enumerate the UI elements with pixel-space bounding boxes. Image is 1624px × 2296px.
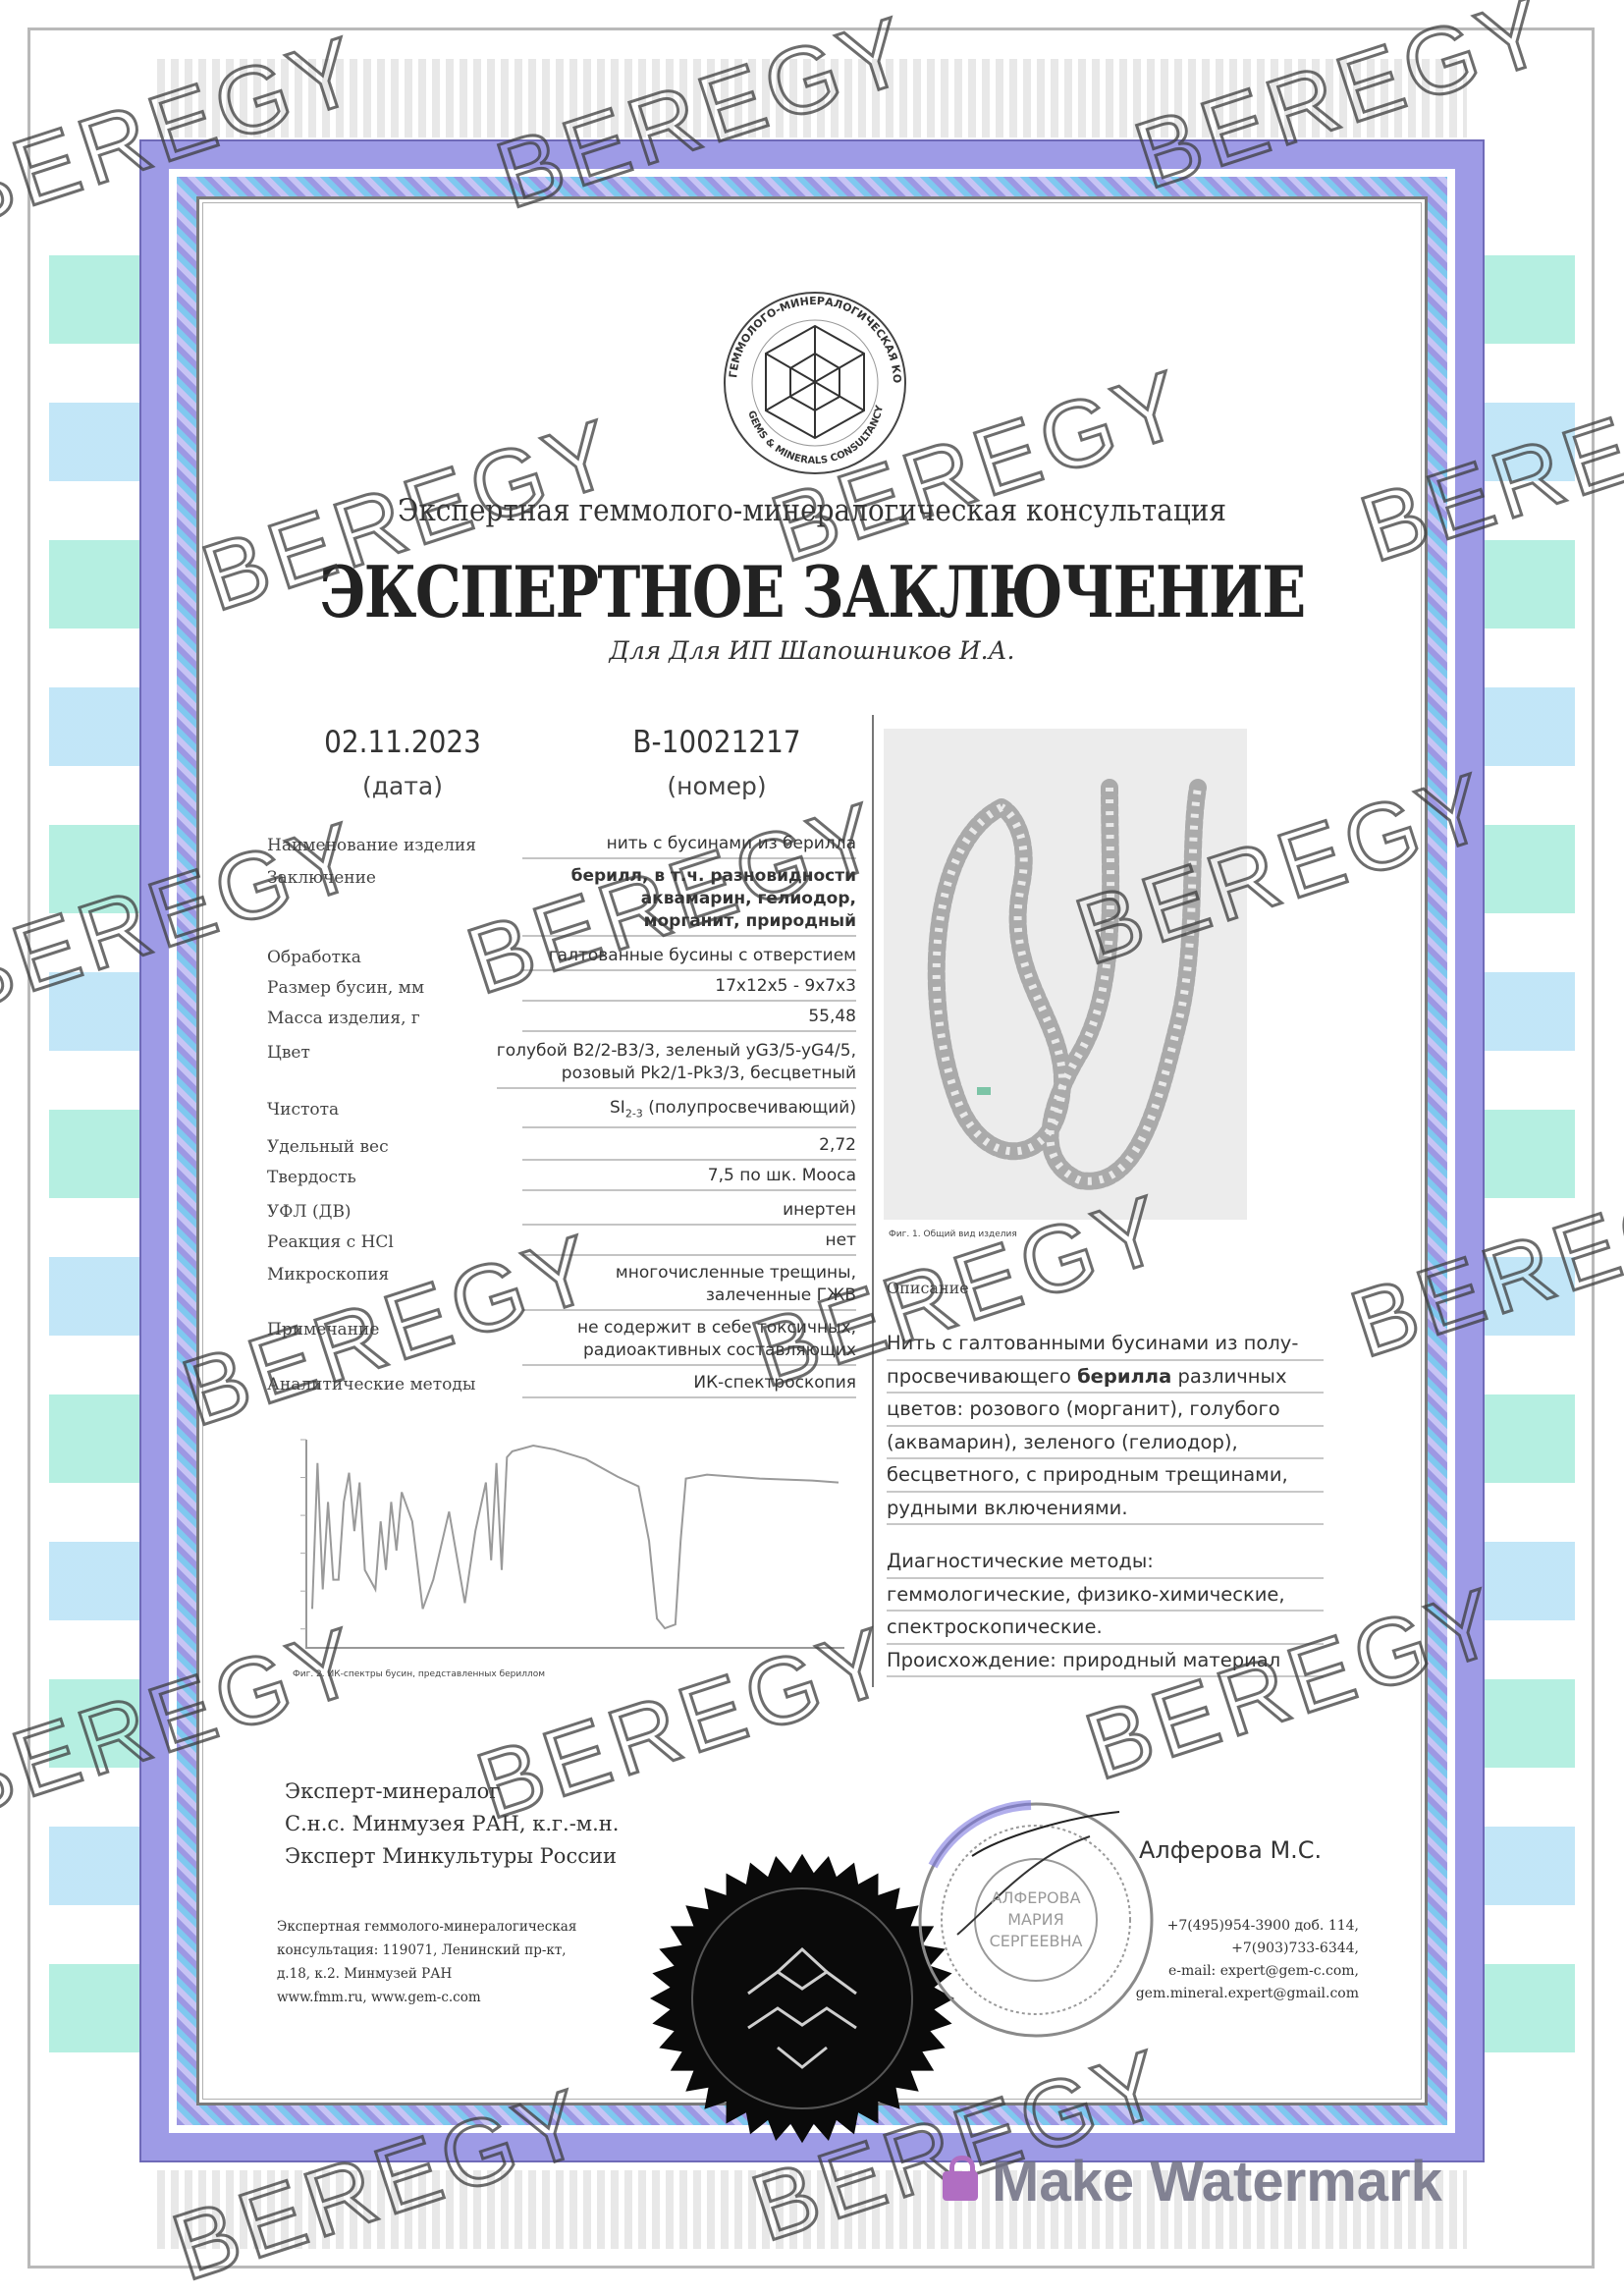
- property-label: Твердость: [267, 1165, 356, 1187]
- property-label: УФЛ (ДВ): [267, 1199, 352, 1222]
- property-value-line: галтованные бусины с отверстием: [522, 945, 856, 967]
- property-value-line: радиоактивных составляющих: [522, 1339, 856, 1362]
- organization-address: Экспертная геммолого-минералогическаякон…: [277, 1915, 576, 2009]
- property-value: многочисленные трещины,залеченные ГЖВ: [522, 1262, 856, 1311]
- property-row: Заключениеберилл, в т.ч. разновидностиак…: [267, 865, 856, 937]
- stamp-line-3: СЕРГЕЕВНА: [990, 1932, 1083, 1950]
- description-line: (аквамарин), зеленого (гелиодор),: [887, 1427, 1324, 1460]
- credential-line: Эксперт Минкультуры России: [285, 1840, 619, 1873]
- diagnostic-line: геммологические, физико-химические,: [887, 1579, 1324, 1613]
- svg-text:ГЕММОЛОГО-МИНЕРАЛОГИЧЕСКАЯ КОН: ГЕММОЛОГО-МИНЕРАЛОГИЧЕСКАЯ КОНСУЛЬТАЦИЯ: [699, 287, 903, 384]
- property-row: Масса изделия, г55,48: [267, 1006, 856, 1032]
- property-row: Реакция с HClнет: [267, 1230, 856, 1256]
- property-value: ИК-спектроскопия: [522, 1372, 856, 1398]
- diagnostic-line: Диагностические методы:: [887, 1546, 1324, 1579]
- lock-icon: [943, 2171, 978, 2201]
- property-label: Реакция с HCl: [267, 1230, 394, 1252]
- property-value: 2,72: [522, 1134, 856, 1161]
- property-value-line: не содержит в себе токсичных,: [522, 1317, 856, 1339]
- property-value: голубой B2/2-B3/3, зеленый yG3/5-yG4/5,р…: [497, 1040, 856, 1089]
- organization-name: Экспертная геммолого-минералогическая ко…: [81, 493, 1543, 528]
- property-value-line: голубой B2/2-B3/3, зеленый yG3/5-yG4/5,: [497, 1040, 856, 1063]
- property-value-line: нить с бусинами из берилла: [522, 833, 856, 855]
- stamp-line-2: МАРИЯ: [1007, 1910, 1063, 1929]
- property-value-line: 7,5 по шк. Мооса: [522, 1165, 856, 1187]
- description-line: Нить с галтованными бусинами из полу-: [887, 1328, 1324, 1361]
- address-line: www.fmm.ru, www.gem-c.com: [277, 1986, 576, 2009]
- property-label: Размер бусин, мм: [267, 975, 424, 998]
- property-row: Наименование изделиянить с бусинами из б…: [267, 833, 856, 859]
- property-row: Микроскопиямногочисленные трещины,залече…: [267, 1262, 856, 1311]
- property-value-line: инертен: [522, 1199, 856, 1222]
- property-value-line: 55,48: [522, 1006, 856, 1028]
- logo-ring-text-ru: ГЕММОЛОГО-МИНЕРАЛОГИЧЕСКАЯ КОНСУЛЬТАЦИЯ: [699, 287, 903, 384]
- diagnostic-methods: Диагностические методы:геммологические, …: [887, 1546, 1324, 1677]
- guilloche-band-top: [157, 59, 1467, 137]
- contact-line: +7(495)954-3900 доб. 114,: [1136, 1915, 1359, 1938]
- product-photo: [884, 729, 1247, 1220]
- property-row: Удельный вес2,72: [267, 1134, 856, 1161]
- property-value-line: многочисленные трещины,: [522, 1262, 856, 1285]
- contact-line: +7(903)733-6344,: [1136, 1938, 1359, 1960]
- property-label: Масса изделия, г: [267, 1006, 420, 1028]
- description-line: рудными включениями.: [887, 1493, 1324, 1526]
- certificate-date-label: (дата): [295, 772, 511, 800]
- address-line: консультация: 119071, Ленинский пр-кт,: [277, 1939, 576, 1962]
- description-heading: Описание: [887, 1279, 969, 1297]
- stamp-line-1: АЛФЕРОВА: [991, 1888, 1080, 1907]
- certificate-number-label: (номер): [589, 772, 844, 800]
- property-label: Чистота: [267, 1097, 339, 1120]
- property-value-line: 17x12x5 - 9x7x3: [522, 975, 856, 998]
- figure-1-caption: Фиг. 1. Общий вид изделия: [889, 1230, 1017, 1239]
- property-label: Обработка: [267, 945, 361, 967]
- description-text: Нить с галтованными бусинами из полу-про…: [887, 1328, 1324, 1525]
- description-line: бесцветного, с природным трещинами,: [887, 1459, 1324, 1493]
- property-label: Примечание: [267, 1317, 379, 1339]
- property-row: Аналитические методыИК-спектроскопия: [267, 1372, 856, 1398]
- property-value: берилл, в т.ч. разновидностиаквамарин, г…: [522, 865, 856, 937]
- property-label: Цвет: [267, 1040, 310, 1063]
- property-value: инертен: [522, 1199, 856, 1226]
- document-title: ЭКСПЕРТНОЕ ЗАКЛЮЧЕНИЕ: [146, 550, 1478, 633]
- expert-name: Алферова М.С.: [1139, 1836, 1322, 1864]
- property-value-line: 2,72: [522, 1134, 856, 1157]
- contact-line: e-mail: expert@gem-c.com,: [1136, 1960, 1359, 1983]
- property-label: Микроскопия: [267, 1262, 389, 1285]
- property-value-line: розовый Pk2/1-Pk3/3, бесцветный: [497, 1063, 856, 1085]
- property-value-line: морганит, природный: [522, 910, 856, 933]
- snowflake-icon: [766, 326, 864, 438]
- diagnostic-line: Происхождение: природный материал: [887, 1645, 1324, 1678]
- properties-table: Наименование изделиянить с бусинами из б…: [267, 833, 856, 1398]
- property-label: Удельный вес: [267, 1134, 389, 1157]
- property-row: Цветголубой B2/2-B3/3, зеленый yG3/5-yG4…: [267, 1040, 856, 1089]
- property-row: УФЛ (ДВ)инертен: [267, 1199, 856, 1226]
- property-value: нить с бусинами из берилла: [522, 833, 856, 859]
- gems-minerals-consultancy-logo: ГЕММОЛОГО-МИНЕРАЛОГИЧЕСКАЯ КОНСУЛЬТАЦИЯ …: [699, 287, 931, 479]
- property-value: не содержит в себе токсичных,радиоактивн…: [522, 1317, 856, 1366]
- property-label: Аналитические методы: [267, 1372, 475, 1394]
- property-value-line: нет: [522, 1230, 856, 1252]
- property-value-line: ИК-спектроскопия: [522, 1372, 856, 1394]
- property-row: Твердость7,5 по шк. Мооса: [267, 1165, 856, 1191]
- credential-line: С.н.с. Минмузея РАН, к.г.-м.н.: [285, 1808, 619, 1840]
- column-divider: [872, 715, 874, 1687]
- address-line: Экспертная геммолого-минералогическая: [277, 1915, 576, 1939]
- property-value: 7,5 по шк. Мооса: [522, 1165, 856, 1191]
- contact-info: +7(495)954-3900 доб. 114,+7(903)733-6344…: [1136, 1915, 1359, 2005]
- property-row: ЧистотаSI2-3 (полупросвечивающий): [267, 1097, 856, 1128]
- description-line: просвечивающего берилла различных: [887, 1361, 1324, 1394]
- expert-stamp: АЛФЕРОВА МАРИЯ СЕРГЕЕВНА: [913, 1797, 1159, 2043]
- property-row: Размер бусин, мм17x12x5 - 9x7x3: [267, 975, 856, 1002]
- recipient: Для Для ИП Шапошников И.А.: [0, 636, 1624, 665]
- certificate-date: 02.11.2023: [305, 725, 500, 760]
- ir-spectrum-chart: [285, 1432, 854, 1667]
- property-value: галтованные бусины с отверстием: [522, 945, 856, 971]
- expert-credentials: Эксперт-минералогС.н.с. Минмузея РАН, к.…: [285, 1776, 619, 1873]
- diagnostic-line: спектроскопические.: [887, 1612, 1324, 1645]
- property-value-line: берилл, в т.ч. разновидности: [522, 865, 856, 888]
- contact-line: gem.mineral.expert@gmail.com: [1136, 1983, 1359, 2005]
- ir-spectrum-curve: [312, 1446, 839, 1628]
- credential-line: Эксперт-минералог: [285, 1776, 619, 1808]
- property-value: нет: [522, 1230, 856, 1256]
- description-line: цветов: розового (морганит), голубого: [887, 1394, 1324, 1427]
- make-watermark-brand: Make Watermark: [943, 2149, 1442, 2214]
- certificate-number: В-10021217: [602, 725, 832, 760]
- property-value-line: SI2-3 (полупросвечивающий): [522, 1097, 856, 1124]
- figure-2-caption: Фиг. 2. ИК-спектры бусин, представленных…: [293, 1669, 545, 1679]
- property-value: SI2-3 (полупросвечивающий): [522, 1097, 856, 1128]
- property-label: Заключение: [267, 865, 376, 888]
- property-label: Наименование изделия: [267, 833, 476, 855]
- property-row: Примечаниене содержит в себе токсичных,р…: [267, 1317, 856, 1366]
- property-value-line: аквамарин, гелиодор,: [522, 888, 856, 910]
- address-line: д.18, к.2. Минмузей РАН: [277, 1962, 576, 1986]
- property-value: 55,48: [522, 1006, 856, 1032]
- property-row: Обработкагалтованные бусины с отверстием: [267, 945, 856, 971]
- property-value: 17x12x5 - 9x7x3: [522, 975, 856, 1002]
- property-value-line: залеченные ГЖВ: [522, 1285, 856, 1307]
